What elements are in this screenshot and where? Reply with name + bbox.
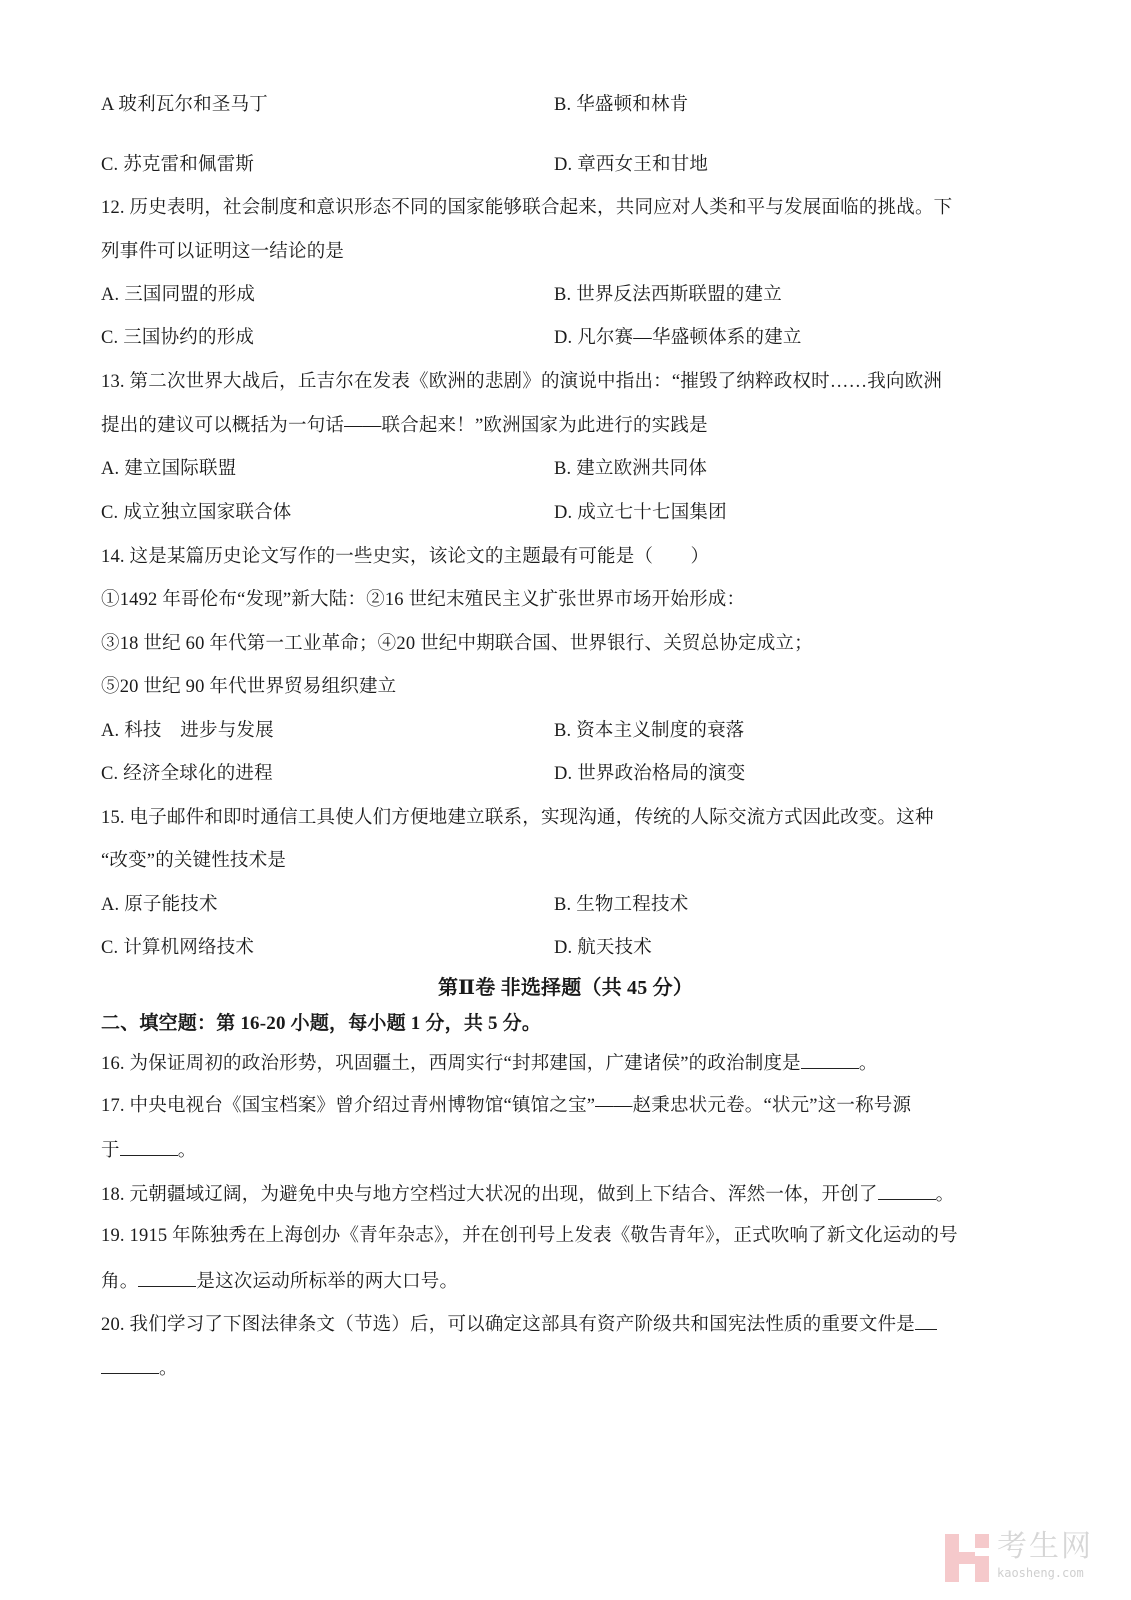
q20-line2: 。 bbox=[101, 1355, 178, 1381]
q18-answer-blank[interactable] bbox=[878, 1181, 936, 1200]
q19-line1: 19. 1915 年陈独秀在上海创办《青年杂志》，并在创刊号上发表《敬告青年》，… bbox=[101, 1224, 958, 1248]
q13-option-d: D. 成立七十七国集团 bbox=[554, 501, 727, 525]
q13-option-c: C. 成立独立国家联合体 bbox=[101, 501, 292, 525]
q13-option-b: B. 建立欧洲共同体 bbox=[554, 457, 707, 481]
q12-option-c: C. 三国协约的形成 bbox=[101, 326, 254, 350]
q12-stem-line2: 列事件可以证明这一结论的是 bbox=[101, 240, 344, 264]
watermark-url: kaosheng.com bbox=[997, 1566, 1084, 1580]
q16-answer-blank[interactable] bbox=[801, 1050, 859, 1069]
q19-line2: 角。是这次运动所标举的两大口号。 bbox=[101, 1268, 458, 1294]
q13-stem-line1: 13. 第二次世界大战后，丘吉尔在发表《欧洲的悲剧》的演说中指出：“摧毁了纳粹政… bbox=[101, 370, 942, 394]
q11-option-d: D. 章西女王和甘地 bbox=[554, 153, 708, 177]
q11-option-c: C. 苏克雷和佩雷斯 bbox=[101, 153, 254, 177]
q14-facts-line2: ③18 世纪 60 年代第一工业革命；④20 世纪中期联合国、世界银行、关贸总协… bbox=[101, 632, 813, 656]
q15-option-d: D. 航天技术 bbox=[554, 936, 652, 960]
q14-option-c: C. 经济全球化的进程 bbox=[101, 762, 273, 786]
q14-option-d: D. 世界政治格局的演变 bbox=[554, 762, 746, 786]
q15-option-c: C. 计算机网络技术 bbox=[101, 936, 254, 960]
q14-option-b: B. 资本主义制度的衰落 bbox=[554, 719, 745, 743]
q18-text: 18. 元朝疆域辽阔，为避免中央与地方空档过大状况的出现，做到上下结合、浑然一体… bbox=[101, 1185, 878, 1205]
kaosheng-logo-icon bbox=[945, 1534, 989, 1582]
q11-option-a: A 玻利瓦尔和圣马丁 bbox=[101, 93, 268, 117]
q19-line2-end: 是这次运动所标举的两大口号。 bbox=[196, 1272, 458, 1292]
q12-option-d: D. 凡尔赛—华盛顿体系的建立 bbox=[554, 326, 802, 350]
q17-line1: 17. 中央电视台《国宝档案》曾介绍过青州博物馆“镇馆之宝”——赵秉忠状元卷。“… bbox=[101, 1094, 911, 1118]
q17-answer-blank[interactable] bbox=[120, 1137, 178, 1156]
q13-stem-line2: 提出的建议可以概括为一句话——联合起来！”欧洲国家为此进行的实践是 bbox=[101, 414, 708, 438]
q12-option-a: A. 三国同盟的形成 bbox=[101, 283, 255, 307]
watermark: 考生网 kaosheng.com bbox=[945, 1530, 1125, 1590]
q15-stem-line1: 15. 电子邮件和即时通信工具使人们方便地建立联系，实现沟通，传统的人际交流方式… bbox=[101, 806, 934, 830]
q14-facts-line3: ⑤20 世纪 90 年代世界贸易组织建立 bbox=[101, 675, 396, 699]
q20-line1: 20. 我们学习了下图法律条文（节选）后，可以确定这部具有资产阶级共和国宪法性质… bbox=[101, 1311, 937, 1337]
q20-text: 20. 我们学习了下图法律条文（节选）后，可以确定这部具有资产阶级共和国宪法性质… bbox=[101, 1315, 915, 1335]
q18-end: 。 bbox=[936, 1185, 955, 1205]
q16-line: 16. 为保证周初的政治形势，巩固疆土，西周实行“封邦建国，广建诸侯”的政治制度… bbox=[101, 1050, 878, 1076]
q14-facts-line1: ①1492 年哥伦布“发现”新大陆：②16 世纪末殖民主义扩张世界市场开始形成： bbox=[101, 588, 745, 612]
part2-heading: 第Ⅱ卷 非选择题（共 45 分） bbox=[0, 976, 1131, 1000]
q15-option-b: B. 生物工程技术 bbox=[554, 893, 688, 917]
q16-end: 。 bbox=[859, 1054, 878, 1074]
q17-line2: 于。 bbox=[101, 1137, 196, 1163]
q12-stem-line1: 12. 历史表明，社会制度和意识形态不同的国家能够联合起来，共同应对人类和平与发… bbox=[101, 196, 952, 220]
q20-answer-blank[interactable] bbox=[101, 1355, 159, 1374]
q20-answer-blank-start[interactable] bbox=[915, 1311, 937, 1330]
section2-heading: 二、填空题：第 16-20 小题，每小题 1 分，共 5 分。 bbox=[101, 1012, 541, 1036]
q15-stem-line2: “改变”的关键性技术是 bbox=[101, 849, 286, 873]
q18-line: 18. 元朝疆域辽阔，为避免中央与地方空档过大状况的出现，做到上下结合、浑然一体… bbox=[101, 1181, 954, 1207]
watermark-text: 考生网 bbox=[997, 1530, 1093, 1564]
q14-stem: 14. 这是某篇历史论文写作的一些史实，该论文的主题最有可能是（ ） bbox=[101, 545, 709, 569]
q14-option-a: A. 科技 进步与发展 bbox=[101, 719, 274, 743]
q16-text: 16. 为保证周初的政治形势，巩固疆土，西周实行“封邦建国，广建诸侯”的政治制度… bbox=[101, 1054, 801, 1074]
q19-line2-start: 角。 bbox=[101, 1272, 138, 1292]
q12-option-b: B. 世界反法西斯联盟的建立 bbox=[554, 283, 782, 307]
q11-option-b: B. 华盛顿和林肯 bbox=[554, 93, 688, 117]
q20-end: 。 bbox=[159, 1359, 178, 1379]
q19-answer-blank[interactable] bbox=[138, 1268, 196, 1287]
q17-line2-start: 于 bbox=[101, 1141, 120, 1161]
q15-option-a: A. 原子能技术 bbox=[101, 893, 218, 917]
q13-option-a: A. 建立国际联盟 bbox=[101, 457, 236, 481]
q17-end: 。 bbox=[178, 1141, 197, 1161]
